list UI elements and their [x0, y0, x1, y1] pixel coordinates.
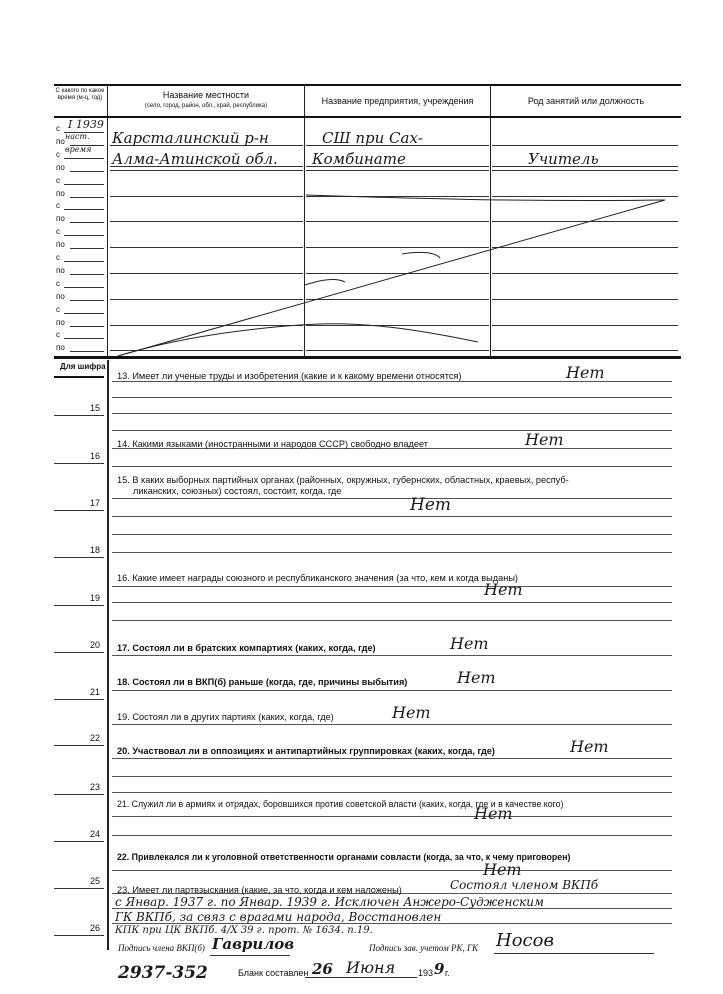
- answer-23-line2: с Январ. 1937 г. по Январ. 1939 г. Исклю…: [115, 895, 544, 909]
- answer-rule: [112, 534, 672, 535]
- answer-16: Нет: [484, 580, 523, 599]
- answer-rule: [112, 816, 672, 817]
- cipher-number: 19: [50, 593, 100, 603]
- answer-rule: [112, 690, 672, 691]
- question-16: 16. Какие имеет награды союзного и респу…: [117, 573, 518, 583]
- answer-22: Нет: [483, 860, 522, 879]
- answer-rule: [112, 620, 672, 621]
- cipher-number-line: [54, 463, 104, 464]
- completed-month: Июня: [346, 958, 395, 977]
- cipher-number-line: [54, 510, 104, 511]
- cipher-number: 16: [50, 451, 100, 461]
- cipher-number: 17: [50, 498, 100, 508]
- answer-rule: [112, 430, 672, 431]
- cipher-number-line: [54, 415, 104, 416]
- answer-rule: [112, 602, 672, 603]
- cipher-number: 25: [50, 876, 100, 886]
- answer-rule: [112, 792, 672, 793]
- year-unit: г.: [445, 968, 450, 978]
- answer-20: Нет: [570, 737, 609, 756]
- member-signature-line: [210, 955, 290, 956]
- answer-23-line1: Состоял членом ВКПб: [450, 878, 598, 892]
- answer-rule: [112, 586, 672, 587]
- cipher-number: 23: [50, 782, 100, 792]
- answer-21: Нет: [474, 804, 513, 823]
- cipher-column-divider: [107, 360, 109, 950]
- question-13: 13. Имеет ли ученые труды и изобретения …: [117, 371, 461, 381]
- cipher-number-line: [54, 745, 104, 746]
- answer-rule: [112, 724, 672, 725]
- cipher-label: Для шифра: [60, 362, 106, 371]
- completed-date-line: [305, 977, 417, 978]
- cipher-number-line: [54, 699, 104, 700]
- cipher-number-line: [54, 888, 104, 889]
- question-15-cont: ликанских, союзных) состоял, состоит, ко…: [133, 486, 341, 496]
- registrar-signature: Носов: [496, 930, 554, 951]
- answer-rule: [112, 655, 672, 656]
- question-18: 18. Состоял ли в ВКП(б) раньше (когда, г…: [117, 677, 407, 687]
- answer-rule: [112, 835, 672, 836]
- cipher-number: 26: [50, 923, 100, 933]
- question-15: 15. В каких выборных партийных органах (…: [117, 475, 569, 485]
- cipher-number: 15: [50, 403, 100, 413]
- cipher-number: 24: [50, 829, 100, 839]
- cipher-number-line: [54, 935, 104, 936]
- question-19: 19. Состоял ли в других партиях (каких, …: [117, 712, 334, 722]
- answer-rule: [112, 552, 672, 553]
- completed-day: 26: [312, 960, 333, 978]
- answer-rule: [112, 498, 672, 499]
- answer-23-line3: ГК ВКПб, за связ с врагами народа, Восст…: [115, 910, 441, 924]
- answer-rule: [112, 758, 672, 759]
- question-23: 23. Имеет ли партвзыскания (какие, за чт…: [117, 885, 402, 895]
- cipher-label-underline: [54, 376, 104, 378]
- answer-13: Нет: [566, 363, 605, 382]
- registrar-signature-label: Подпись зав. учетом РК, ГК: [369, 943, 478, 953]
- answer-rule: [112, 776, 672, 777]
- answer-rule: [112, 466, 672, 467]
- answer-17: Нет: [450, 634, 489, 653]
- answer-rule: [112, 397, 672, 398]
- form-number: 2937-352: [118, 963, 208, 983]
- question-14: 14. Какими языками (иностранными и народ…: [117, 439, 428, 449]
- answer-rule: [112, 870, 672, 871]
- registrar-signature-line: [494, 953, 654, 954]
- cipher-number-line: [54, 652, 104, 653]
- answer-19: Нет: [392, 703, 431, 722]
- cipher-number-line: [54, 557, 104, 558]
- cipher-number: 21: [50, 687, 100, 697]
- cipher-number-line: [54, 794, 104, 795]
- member-signature: Гаврилов: [212, 935, 294, 953]
- table-bottom-border: [54, 356, 681, 359]
- completed-label: Бланк составлен: [238, 968, 308, 978]
- cipher-number: 20: [50, 640, 100, 650]
- question-17: 17. Состоял ли в братских компартиях (ка…: [117, 643, 376, 653]
- cipher-number-line: [54, 841, 104, 842]
- answer-15: Нет: [410, 495, 451, 515]
- answer-rule: [112, 516, 672, 517]
- cipher-number: 22: [50, 733, 100, 743]
- answer-18: Нет: [457, 668, 496, 687]
- year-prefix: 193: [418, 968, 433, 978]
- question-20: 20. Участвовал ли в оппозициях и антипар…: [117, 746, 495, 756]
- year-suffix: 9: [434, 960, 444, 978]
- member-signature-label: Подпись члена ВКП(б): [118, 943, 205, 953]
- cipher-number-line: [54, 605, 104, 606]
- answer-rule: [112, 413, 672, 414]
- answer-14: Нет: [525, 430, 564, 449]
- cipher-number: 18: [50, 545, 100, 555]
